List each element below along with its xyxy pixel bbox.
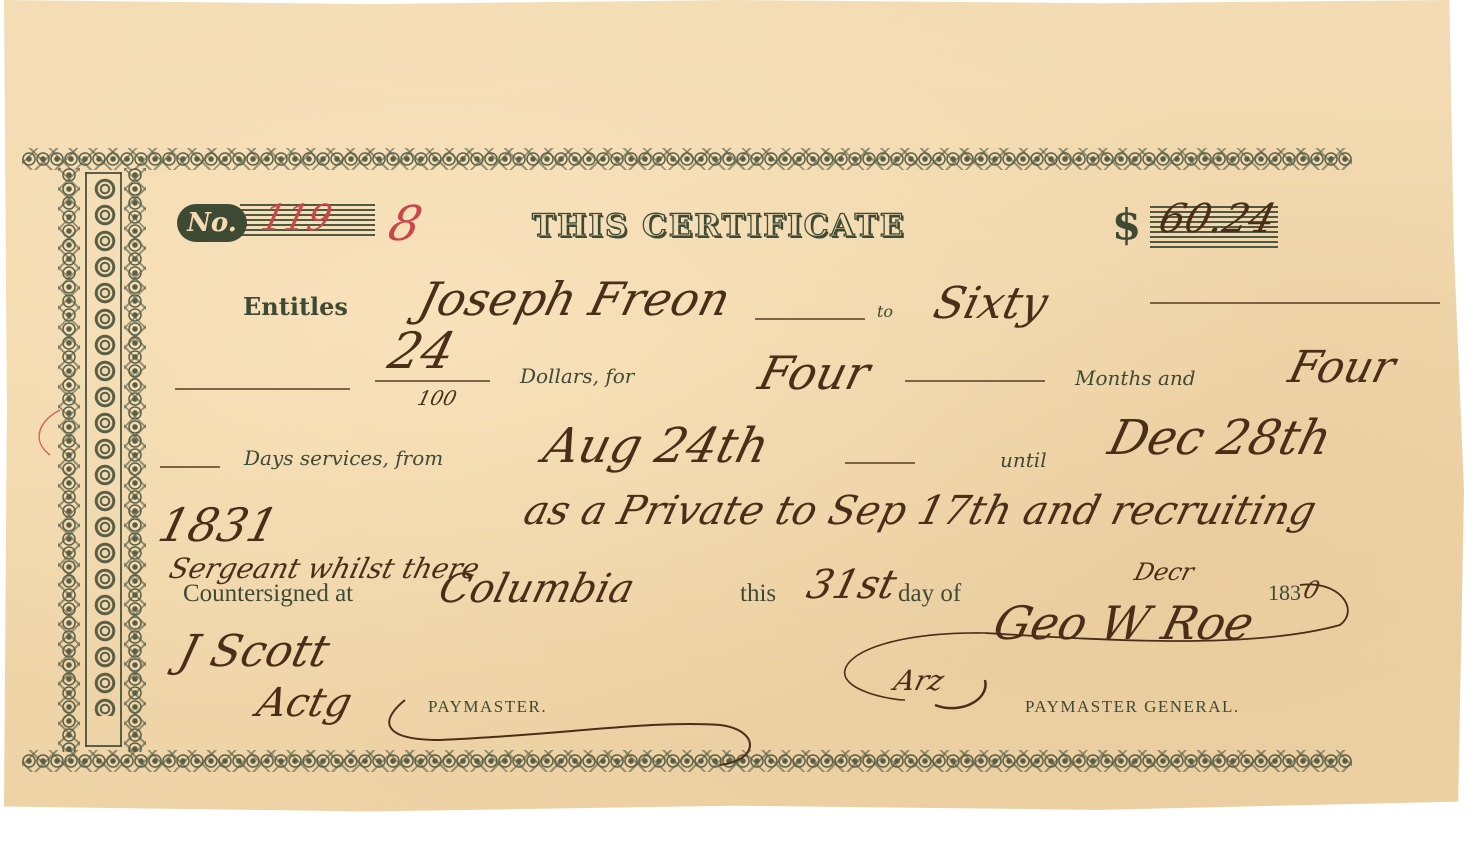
signature-flourish-paymaster <box>0 0 1481 850</box>
